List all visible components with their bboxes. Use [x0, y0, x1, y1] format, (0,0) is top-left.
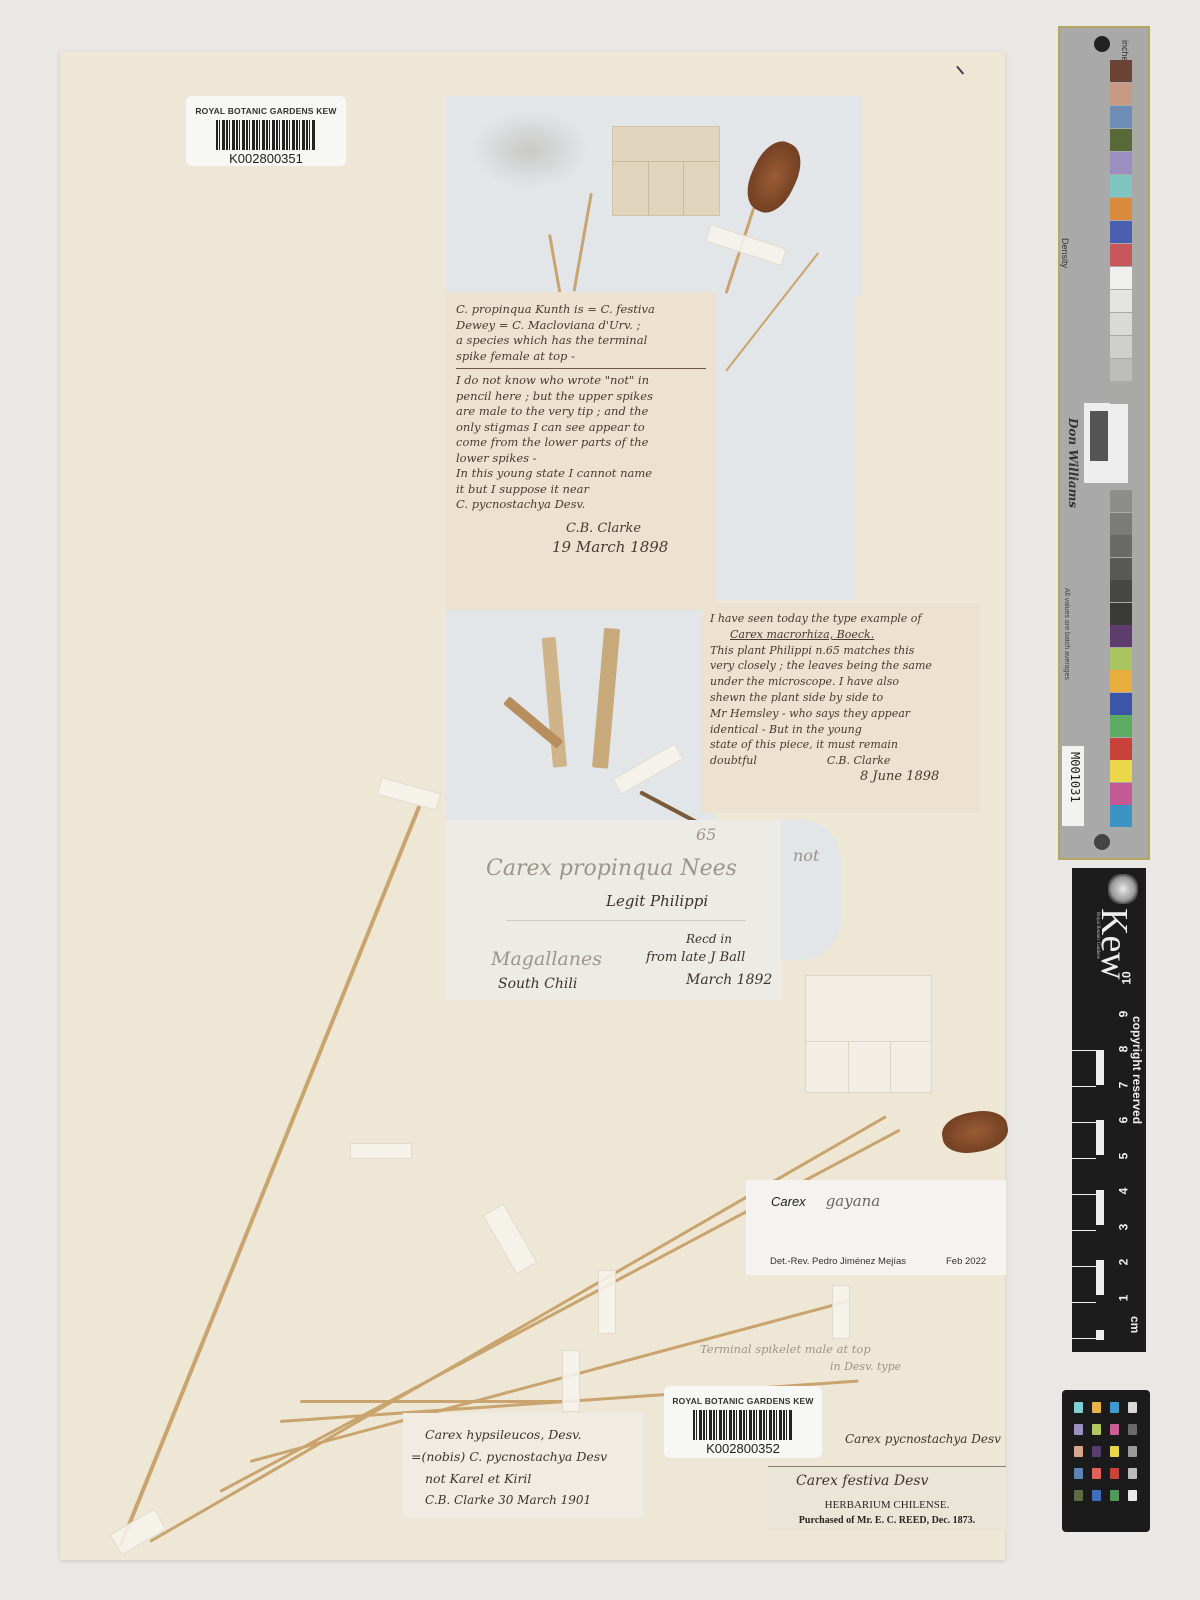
scale-tick-label: 5	[1116, 1152, 1130, 1159]
herbarium-title: HERBARIUM CHILENSE.	[768, 1499, 1006, 1511]
pencil-note-line-1: Terminal spikelet male at top	[700, 1342, 871, 1356]
note-line: =(nobis) C. pycnostachya Desv	[411, 1449, 607, 1464]
note-line: This plant Philippi n.65 matches this	[710, 643, 972, 659]
received-line-1: Recd in	[686, 932, 732, 946]
note-line: Dewey = C. Macloviana d'Urv. ;	[456, 318, 706, 334]
color-patch	[1092, 1446, 1101, 1457]
mounting-strap	[598, 1270, 616, 1334]
color-swatch	[1110, 693, 1132, 715]
color-swatch	[1110, 198, 1132, 220]
color-swatch	[1110, 244, 1132, 266]
color-swatch	[1110, 60, 1132, 82]
empty-packet-flap	[805, 975, 932, 1043]
lower-mount-paper	[446, 610, 716, 820]
epithet: gayana	[826, 1192, 881, 1210]
scale-tick-label: 4	[1116, 1188, 1130, 1195]
note-line: very closely ; the leaves being the same	[710, 658, 972, 674]
color-swatch	[1110, 535, 1132, 557]
resolution-target	[1084, 403, 1128, 483]
color-swatch	[1110, 83, 1132, 105]
determination-label: Carexgayana Det.-Rev. Pedro Jiménez Mejí…	[746, 1180, 1006, 1275]
color-swatch	[1110, 106, 1132, 128]
note-line: Carex hypsileucos, Desv.	[425, 1427, 582, 1442]
herbarium-chilense-label: Carex festiva Desv HERBARIUM CHILENSE. P…	[768, 1466, 1006, 1531]
color-patch	[1110, 1490, 1119, 1501]
barcode-label-bottom: ROYAL BOTANIC GARDENS KEW K002800352	[664, 1386, 822, 1458]
color-swatch	[1110, 152, 1132, 174]
scale-alt-strip	[1096, 1015, 1104, 1340]
mounting-strap	[350, 1143, 412, 1159]
color-swatch	[1110, 359, 1132, 381]
barcode-label-top: ROYAL BOTANIC GARDENS KEW K002800351	[186, 96, 346, 166]
note-line: only stigmas I can see appear to	[456, 420, 706, 436]
color-swatch	[1110, 129, 1132, 151]
purchase-note: Purchased of Mr. E. C. REED, Dec. 1873.	[768, 1515, 1006, 1526]
note-line: identical - But in the young	[710, 722, 972, 738]
color-patch	[1110, 1468, 1119, 1479]
royal-crest-icon	[1108, 874, 1138, 904]
note-line: are male to the very tip ; and the	[456, 404, 706, 420]
color-swatch	[1110, 625, 1132, 647]
side-note: Carex pycnostachya Desv	[845, 1432, 1001, 1446]
note-line: pencil here ; but the upper spikes	[456, 389, 706, 405]
divider	[506, 920, 746, 921]
color-swatch	[1110, 738, 1132, 760]
stain	[470, 110, 590, 190]
note-line: it but I suppose it near	[456, 482, 706, 498]
collector: Legit Philippi	[606, 892, 708, 910]
color-patch	[1074, 1424, 1083, 1435]
determination-name: Carexgayana	[771, 1192, 880, 1211]
note-line: under the microscope. I have also	[710, 674, 972, 690]
color-patch	[1092, 1424, 1101, 1435]
pencil-note-line-2: in Desv. type	[830, 1360, 901, 1373]
density-label: Density	[1060, 238, 1070, 268]
color-swatch	[1110, 382, 1132, 404]
barcode-bars	[693, 1410, 793, 1440]
handwritten-name: Carex festiva Desv	[796, 1473, 928, 1489]
gray-patch	[1128, 1490, 1137, 1501]
gray-patch	[1128, 1446, 1137, 1457]
institution-name: ROYAL BOTANIC GARDENS KEW	[186, 96, 346, 116]
scale-tick-label: 9	[1116, 1010, 1130, 1017]
seed-packet	[612, 126, 720, 216]
color-patch	[1074, 1402, 1083, 1413]
scale-tick-label: 7	[1116, 1081, 1130, 1088]
country: South Chili	[498, 976, 577, 992]
color-swatch	[1110, 175, 1132, 197]
scale-tick-label: 2	[1116, 1259, 1130, 1266]
color-patch	[1110, 1424, 1119, 1435]
leaf-blade	[300, 1400, 580, 1403]
serial-number: M001031	[1068, 752, 1082, 803]
color-patch	[1092, 1490, 1101, 1501]
gray-patch	[1128, 1468, 1137, 1479]
color-swatch	[1110, 670, 1132, 692]
barcode-number: K002800351	[186, 151, 346, 166]
note-line: Carex macrorhiza, Boeck.	[730, 627, 972, 643]
scale-tick-label: 10	[1120, 971, 1134, 984]
locality: Magallanes	[491, 948, 602, 970]
note-line: I have seen today the type example of	[710, 611, 972, 627]
color-patch	[1092, 1402, 1101, 1413]
note-line: not Karel et Kiril	[425, 1471, 531, 1486]
note-line: come from the lower parts of the	[456, 435, 706, 451]
note-line: spike female at top -	[456, 349, 706, 370]
color-swatch	[1110, 490, 1132, 512]
gray-patch	[1128, 1424, 1137, 1435]
note-line: C. pycnostachya Desv.	[456, 497, 706, 513]
empty-packet	[805, 1041, 932, 1093]
color-swatch	[1110, 290, 1132, 312]
registration-dot-bottom	[1094, 834, 1110, 850]
serial-box: M001031	[1062, 746, 1084, 826]
scale-tick-label: 3	[1116, 1223, 1130, 1230]
original-label: 65 Carex propinqua Nees Legit Philippi M…	[446, 820, 781, 1000]
color-patch	[1074, 1446, 1083, 1457]
institution-name: ROYAL BOTANIC GARDENS KEW	[664, 1386, 822, 1406]
color-checker-card	[1062, 1390, 1150, 1532]
scale-tick-label: 8	[1116, 1046, 1130, 1053]
color-patch	[1110, 1402, 1119, 1413]
note-date: 19 March 1898	[552, 540, 706, 556]
scale-checker	[1072, 1015, 1097, 1340]
note-line: In this young state I cannot name	[456, 466, 706, 482]
mount-paper-tab	[781, 820, 841, 960]
collection-number: 65	[696, 825, 716, 844]
color-patch	[1110, 1446, 1119, 1457]
color-swatch	[1110, 648, 1132, 670]
gray-patch	[1128, 1402, 1137, 1413]
scale-tick-label: 6	[1116, 1117, 1130, 1124]
copyright-label: copyright reserved	[1130, 1016, 1144, 1124]
determiner: Det.-Rev. Pedro Jiménez Mejías	[770, 1256, 906, 1267]
color-patch	[1074, 1468, 1083, 1479]
kew-subtitle: Royal Botanic Gardens	[1095, 912, 1100, 959]
note-date: 8 June 1898	[860, 769, 972, 785]
note-line: C.B. Clarke 30 March 1901	[425, 1493, 591, 1507]
color-swatch	[1110, 783, 1132, 805]
original-name: Carex propinqua Nees	[486, 856, 737, 881]
color-patch	[1074, 1490, 1083, 1501]
note-word: doubtful	[710, 754, 757, 767]
note-line-last: doubtfulC.B. Clarke	[710, 753, 972, 769]
color-swatch	[1110, 336, 1132, 358]
annotation-not: not	[793, 846, 819, 865]
note-line: C. propinqua Kunth is = C. festiva	[456, 302, 706, 318]
color-swatch	[1110, 267, 1132, 289]
color-swatch	[1110, 580, 1132, 602]
signature: C.B. Clarke	[566, 521, 706, 537]
color-swatch	[1110, 715, 1132, 737]
color-calibration-bar: inches centimeters Density Don Williams …	[1058, 26, 1150, 860]
clarke-note-1: C. propinqua Kunth is = C. festiva Dewey…	[446, 292, 716, 610]
scale-tick-label: 1	[1116, 1294, 1130, 1301]
note-line: a species which has the terminal	[456, 333, 706, 349]
mounting-strap	[562, 1350, 580, 1412]
note-line: lower spikes -	[456, 451, 706, 467]
color-swatch	[1110, 313, 1132, 335]
color-patch	[1092, 1468, 1101, 1479]
upper-mount-paper-right	[716, 290, 856, 600]
hypsileucos-note: Carex hypsileucos, Desv. =(nobis) C. pyc…	[403, 1413, 643, 1518]
determination-date: Feb 2022	[946, 1256, 986, 1267]
note-line: I do not know who wrote "not" in	[456, 373, 706, 389]
brand-label: Don Williams	[1066, 418, 1080, 508]
footnote: All values are batch averages	[1063, 588, 1070, 680]
color-swatch	[1110, 805, 1132, 827]
registration-dot-top	[1094, 36, 1110, 52]
color-swatch	[1110, 603, 1132, 625]
note-line: Mr Hemsley - who says they appear	[710, 706, 972, 722]
color-swatch	[1110, 221, 1132, 243]
genus: Carex	[771, 1194, 806, 1209]
clarke-note-2: I have seen today the type example of Ca…	[702, 603, 980, 813]
color-swatch	[1110, 558, 1132, 580]
color-swatch	[1110, 513, 1132, 535]
barcode-bars	[216, 120, 316, 150]
unit-label: cm	[1128, 1316, 1142, 1333]
received-line-2: from late J Ball	[646, 950, 745, 965]
note-line: shewn the plant side by side to	[710, 690, 972, 706]
received-line-3: March 1892	[686, 972, 772, 988]
barcode-number: K002800352	[664, 1441, 822, 1456]
color-swatch	[1110, 760, 1132, 782]
mounting-strap	[832, 1285, 850, 1339]
note-line: state of this piece, it must remain	[710, 737, 972, 753]
signature: C.B. Clarke	[827, 754, 891, 767]
